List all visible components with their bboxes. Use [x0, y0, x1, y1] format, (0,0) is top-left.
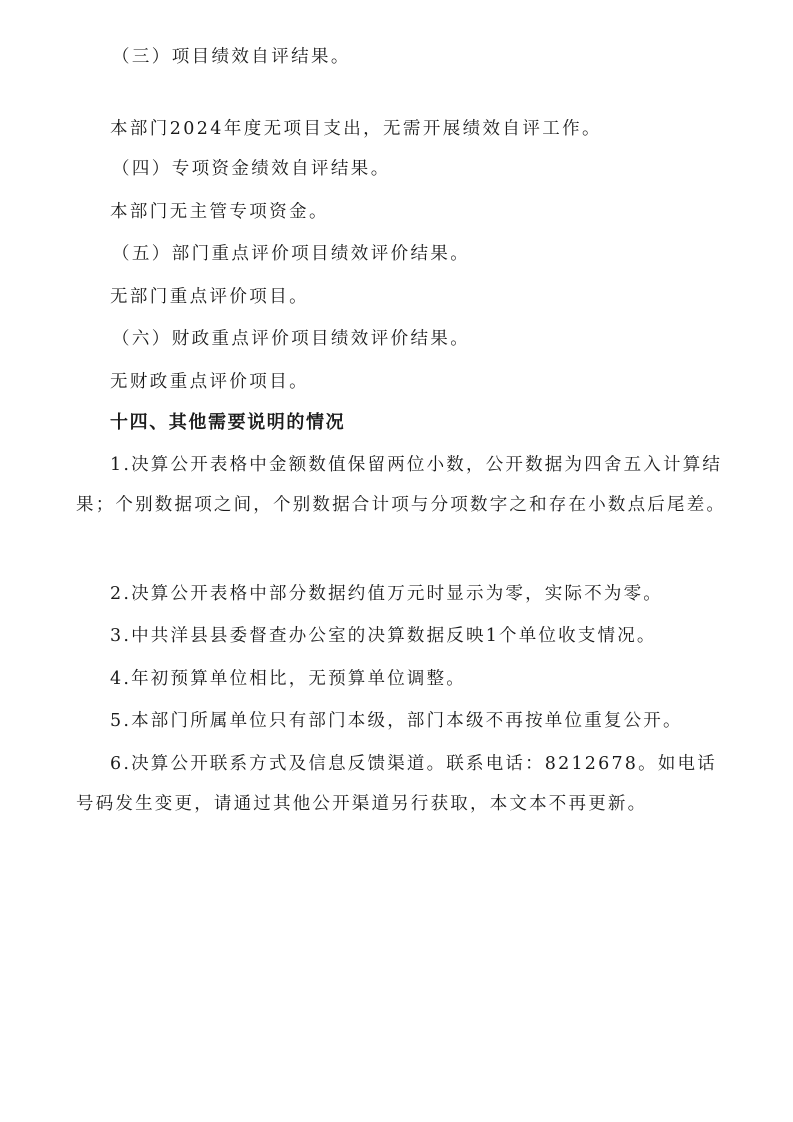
paragraph-no-dept-key-projects: 无部门重点评价项目。	[110, 285, 309, 309]
paragraph-no-finance-key-projects: 无财政重点评价项目。	[110, 370, 309, 394]
note-1-rounding: 1.决算公开表格中金额数值保留两位小数，公开数据为四舍五入计算结果；个别数据项之…	[76, 446, 734, 525]
note-2-zero-display: 2.决算公开表格中部分数据约值万元时显示为零，实际不为零。	[76, 575, 730, 615]
paragraph-no-project-expenditure: 本部门2024年度无项目支出，无需开展绩效自评工作。	[110, 117, 602, 141]
subheading-project-self-evaluation: （三）项目绩效自评结果。	[112, 45, 351, 69]
note-3-unit-count: 3.中共洋县县委督查办公室的决算数据反映1个单位收支情况。	[76, 617, 730, 657]
section-heading-other-notes: 十四、其他需要说明的情况	[110, 411, 345, 435]
subheading-special-funds-evaluation: （四）专项资金绩效自评结果。	[112, 157, 391, 181]
subheading-dept-key-evaluation: （五）部门重点评价项目绩效评价结果。	[112, 242, 470, 266]
note-5-dept-level-only: 5.本部门所属单位只有部门本级，部门本级不再按单位重复公开。	[76, 702, 730, 742]
note-4-budget-unit-adjustment: 4.年初预算单位相比，无预算单位调整。	[76, 660, 730, 700]
document-page: （三）项目绩效自评结果。 本部门2024年度无项目支出，无需开展绩效自评工作。 …	[0, 0, 793, 1122]
paragraph-no-special-funds: 本部门无主管专项资金。	[110, 200, 329, 224]
subheading-finance-key-evaluation: （六）财政重点评价项目绩效评价结果。	[112, 327, 470, 351]
note-6-contact-info: 6.决算公开联系方式及信息反馈渠道。联系电话：8212678。如电话号码发生变更…	[76, 745, 734, 824]
